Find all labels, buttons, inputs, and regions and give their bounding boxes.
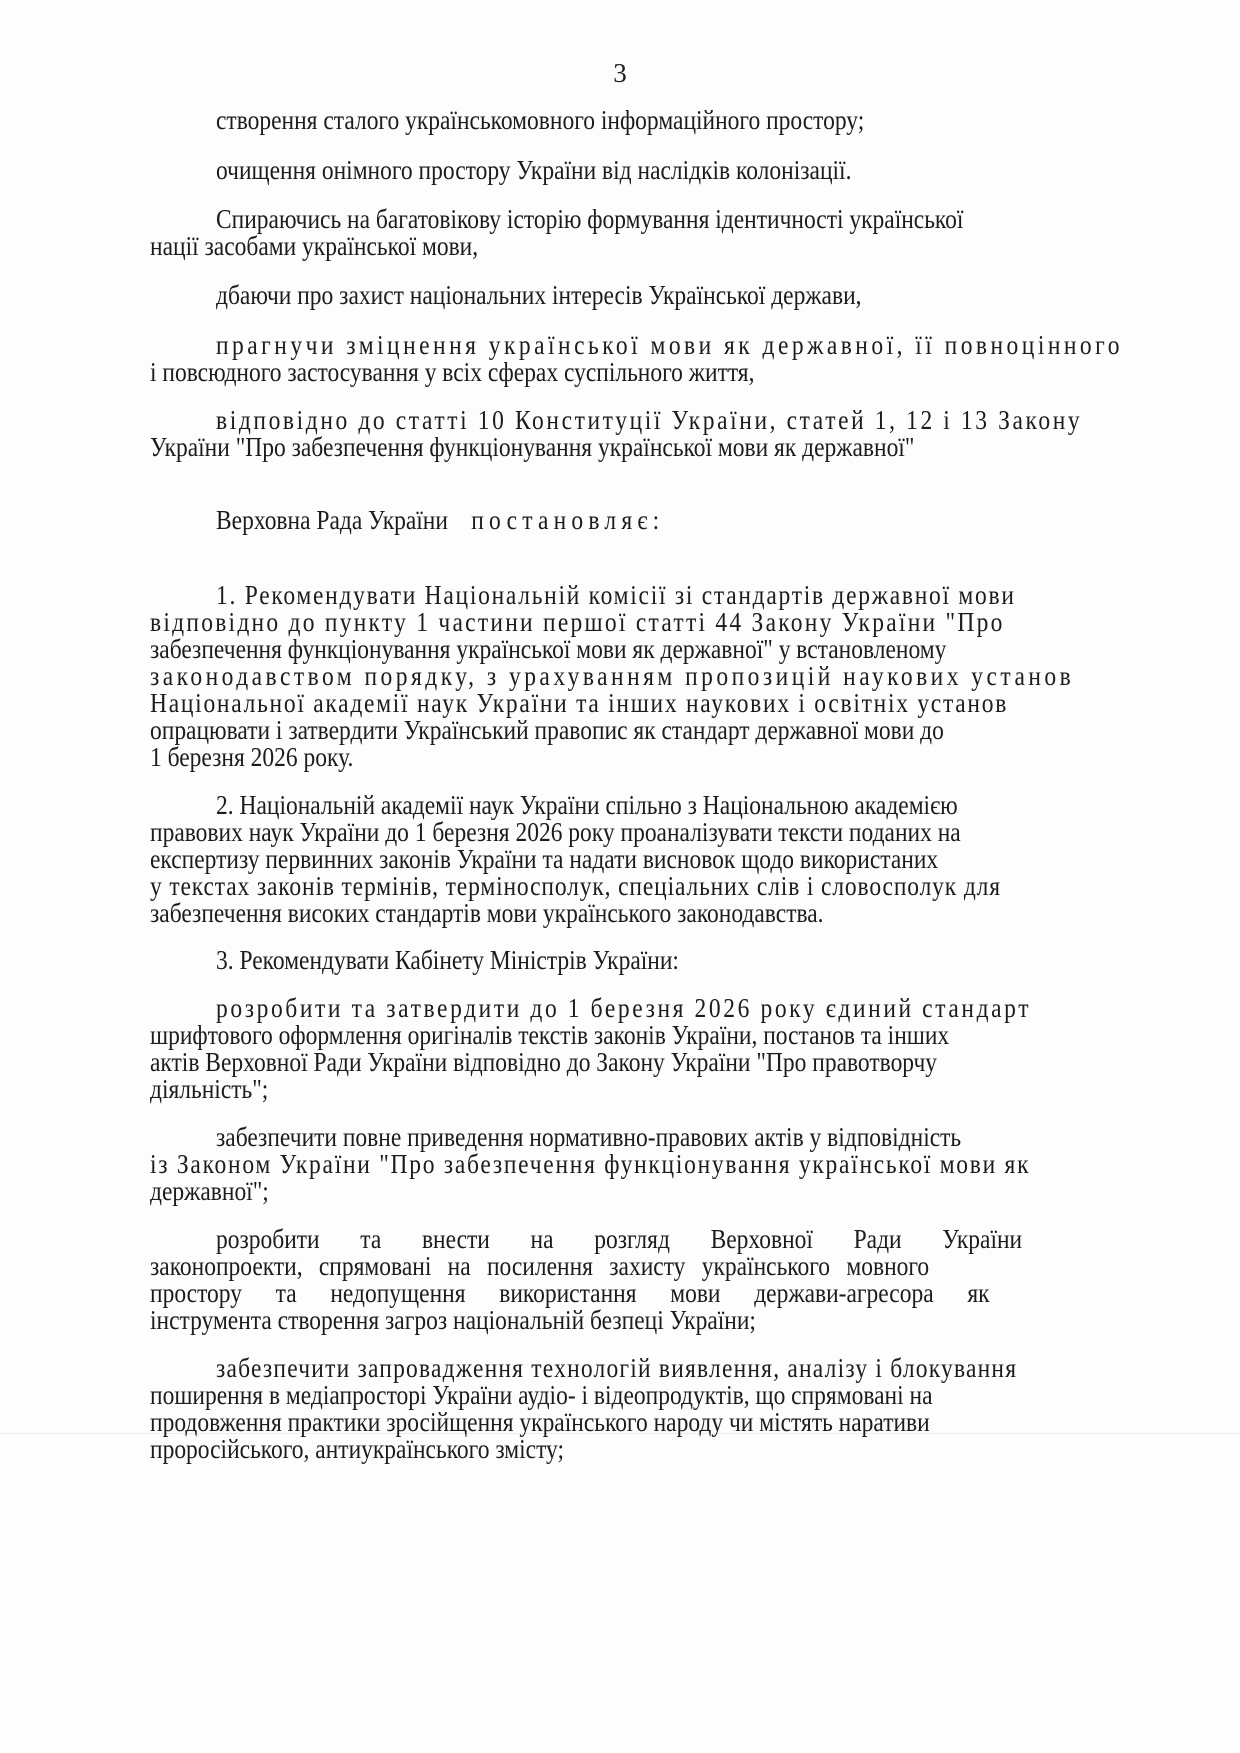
- text-line: очищення онімного простору України від н…: [216, 155, 851, 186]
- text-line: України "Про забезпечення функціонування…: [150, 432, 914, 463]
- text-line: дбаючи про захист національних інтересів…: [216, 280, 862, 311]
- text-line: нації засобами української мови,: [150, 231, 478, 262]
- item-1-line: 1 березня 2026 року.: [150, 742, 353, 773]
- parliament-name: Верховна Рада України: [216, 505, 448, 535]
- resolution-intro: Верховна Рада України постановляє:: [216, 505, 664, 536]
- text-line: створення сталого українськомовного інфо…: [216, 105, 864, 136]
- item-2-line: забезпечення високих стандартів мови укр…: [150, 898, 824, 929]
- subitem-line: діяльність";: [150, 1074, 268, 1105]
- subitem-line: державної";: [150, 1176, 269, 1207]
- item-3-heading: 3. Рекомендувати Кабінету Міністрів Укра…: [216, 945, 679, 976]
- resolves-word: постановляє:: [471, 505, 664, 535]
- subitem-line: із Законом України "Про забезпечення фун…: [150, 1149, 1030, 1180]
- document-page: 3 створення сталого українськомовного ін…: [0, 0, 1240, 1753]
- page-number: 3: [0, 58, 1240, 89]
- subitem-line: інструмента створення загроз національні…: [150, 1305, 756, 1336]
- subitem-line: проросійського, антиукраїнського змісту;: [150, 1434, 564, 1465]
- text-line: і повсюдного застосування у всіх сферах …: [150, 357, 754, 388]
